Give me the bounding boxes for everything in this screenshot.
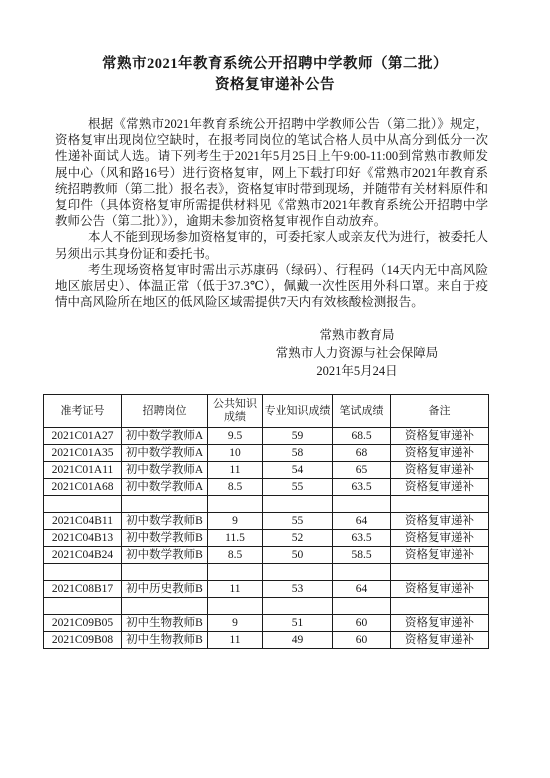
table-cell: 初中历史教师B xyxy=(122,581,208,598)
table-cell xyxy=(333,564,391,581)
signature-date: 2021年5月24日 xyxy=(222,362,492,380)
table-cell xyxy=(333,598,391,615)
table-cell: 49 xyxy=(263,632,333,649)
table-cell xyxy=(263,598,333,615)
table-cell: 9.5 xyxy=(208,428,263,445)
column-header-1: 招聘岗位 xyxy=(122,395,208,428)
table-cell: 8.5 xyxy=(208,479,263,496)
table-header-row: 准考证号招聘岗位公共知识成绩专业知识成绩笔试成绩备注 xyxy=(44,395,489,428)
table-cell xyxy=(208,564,263,581)
table-cell: 64 xyxy=(333,513,391,530)
table-cell: 2021C09B05 xyxy=(44,615,122,632)
table-cell xyxy=(44,598,122,615)
signature-hr-bureau: 常熟市人力资源与社会保障局 xyxy=(222,344,492,362)
table-cell: 初中数学教师B xyxy=(122,513,208,530)
notice-document: 常熟市2021年教育系统公开招聘中学教师（第二批） 资格复审递补公告 根据《常熟… xyxy=(0,0,550,778)
paragraph-covid-requirements: 考生现场资格复审时需出示苏康码（绿码）、行程码（14天内无中高风险地区旅居史）、… xyxy=(55,262,488,311)
table-cell xyxy=(122,598,208,615)
signature-education-bureau: 常熟市教育局 xyxy=(222,326,492,344)
paragraph-delegation: 本人不能到现场参加资格复审的，可委托家人或亲友代为进行，被委托人另须出示其身份证… xyxy=(55,229,488,261)
table-cell: 2021C09B08 xyxy=(44,632,122,649)
table-cell: 2021C04B24 xyxy=(44,547,122,564)
table-cell: 58 xyxy=(263,445,333,462)
candidate-score-table: 准考证号招聘岗位公共知识成绩专业知识成绩笔试成绩备注 2021C01A27初中数… xyxy=(43,394,489,649)
table-cell: 2021C01A11 xyxy=(44,462,122,479)
notice-title: 常熟市2021年教育系统公开招聘中学教师（第二批） 资格复审递补公告 xyxy=(0,0,550,96)
table-cell: 初中数学教师A xyxy=(122,445,208,462)
table-row-empty xyxy=(44,598,489,615)
table-cell: 资格复审递补 xyxy=(391,581,489,598)
table-cell xyxy=(263,564,333,581)
column-header-4: 笔试成绩 xyxy=(333,395,391,428)
table-cell xyxy=(122,564,208,581)
notice-title-line1: 常熟市2021年教育系统公开招聘中学教师（第二批） xyxy=(0,54,550,75)
table-cell: 2021C01A35 xyxy=(44,445,122,462)
table-row-empty xyxy=(44,564,489,581)
table-row: 2021C04B13初中数学教师B11.55263.5资格复审递补 xyxy=(44,530,489,547)
table-cell: 2021C04B13 xyxy=(44,530,122,547)
table-cell: 63.5 xyxy=(333,530,391,547)
table-cell: 资格复审递补 xyxy=(391,428,489,445)
table-row: 2021C09B05初中生物教师B95160资格复审递补 xyxy=(44,615,489,632)
signature-block: 常熟市教育局 常熟市人力资源与社会保障局 2021年5月24日 xyxy=(222,326,492,380)
table-cell xyxy=(391,598,489,615)
table-cell: 初中数学教师A xyxy=(122,428,208,445)
table-cell: 2021C01A27 xyxy=(44,428,122,445)
table-cell: 59 xyxy=(263,428,333,445)
table-cell: 65 xyxy=(333,462,391,479)
table-cell: 10 xyxy=(208,445,263,462)
table-row: 2021C01A11初中数学教师A115465资格复审递补 xyxy=(44,462,489,479)
table-cell xyxy=(44,564,122,581)
table-body: 2021C01A27初中数学教师A9.55968.5资格复审递补2021C01A… xyxy=(44,428,489,649)
table-cell xyxy=(208,598,263,615)
table-cell: 63.5 xyxy=(333,479,391,496)
table-cell: 53 xyxy=(263,581,333,598)
table-cell: 54 xyxy=(263,462,333,479)
table-cell: 11.5 xyxy=(208,530,263,547)
table-cell: 51 xyxy=(263,615,333,632)
table-cell: 11 xyxy=(208,581,263,598)
table-cell: 60 xyxy=(333,615,391,632)
table-cell: 2021C01A68 xyxy=(44,479,122,496)
table-cell: 初中生物教师B xyxy=(122,632,208,649)
table-cell: 68.5 xyxy=(333,428,391,445)
table-cell: 资格复审递补 xyxy=(391,513,489,530)
table-row: 2021C01A68初中数学教师A8.55563.5资格复审递补 xyxy=(44,479,489,496)
table-cell: 资格复审递补 xyxy=(391,547,489,564)
table-cell: 初中数学教师B xyxy=(122,530,208,547)
table-row: 2021C04B24初中数学教师B8.55058.5资格复审递补 xyxy=(44,547,489,564)
table-cell: 60 xyxy=(333,632,391,649)
table-cell: 初中数学教师A xyxy=(122,462,208,479)
table-row: 2021C04B11初中数学教师B95564资格复审递补 xyxy=(44,513,489,530)
table-cell: 初中生物教师B xyxy=(122,615,208,632)
table-row: 2021C01A27初中数学教师A9.55968.5资格复审递补 xyxy=(44,428,489,445)
table-cell: 资格复审递补 xyxy=(391,479,489,496)
table-cell: 55 xyxy=(263,513,333,530)
paragraph-review-rules: 根据《常熟市2021年教育系统公开招聘中学教师公告（第二批）》规定，资格复审出现… xyxy=(55,116,488,229)
table-cell: 资格复审递补 xyxy=(391,632,489,649)
table-cell: 68 xyxy=(333,445,391,462)
table-cell: 11 xyxy=(208,462,263,479)
table-cell: 2021C04B11 xyxy=(44,513,122,530)
table-cell: 初中数学教师A xyxy=(122,479,208,496)
column-header-3: 专业知识成绩 xyxy=(263,395,333,428)
table-cell: 资格复审递补 xyxy=(391,615,489,632)
table-cell: 资格复审递补 xyxy=(391,445,489,462)
table-cell: 11 xyxy=(208,632,263,649)
table-cell xyxy=(391,496,489,513)
table-row-empty xyxy=(44,496,489,513)
table-cell xyxy=(333,496,391,513)
table-cell: 9 xyxy=(208,615,263,632)
column-header-5: 备注 xyxy=(391,395,489,428)
table-row: 2021C09B08初中生物教师B114960资格复审递补 xyxy=(44,632,489,649)
table-cell: 9 xyxy=(208,513,263,530)
table-cell xyxy=(44,496,122,513)
table-cell: 8.5 xyxy=(208,547,263,564)
table-cell xyxy=(391,564,489,581)
table-cell: 58.5 xyxy=(333,547,391,564)
table-cell: 初中数学教师B xyxy=(122,547,208,564)
table-cell xyxy=(263,496,333,513)
table-cell: 50 xyxy=(263,547,333,564)
table-row: 2021C08B17初中历史教师B115364资格复审递补 xyxy=(44,581,489,598)
table-cell: 2021C08B17 xyxy=(44,581,122,598)
table-row: 2021C01A35初中数学教师A105868资格复审递补 xyxy=(44,445,489,462)
table-cell: 资格复审递补 xyxy=(391,462,489,479)
column-header-2: 公共知识成绩 xyxy=(208,395,263,428)
column-header-0: 准考证号 xyxy=(44,395,122,428)
table-cell: 64 xyxy=(333,581,391,598)
table-cell: 55 xyxy=(263,479,333,496)
table-cell xyxy=(122,496,208,513)
table-cell: 资格复审递补 xyxy=(391,530,489,547)
table-cell: 52 xyxy=(263,530,333,547)
table-cell xyxy=(208,496,263,513)
notice-title-line2: 资格复审递补公告 xyxy=(0,75,550,96)
notice-body: 根据《常熟市2021年教育系统公开招聘中学教师公告（第二批）》规定，资格复审出现… xyxy=(55,116,488,310)
